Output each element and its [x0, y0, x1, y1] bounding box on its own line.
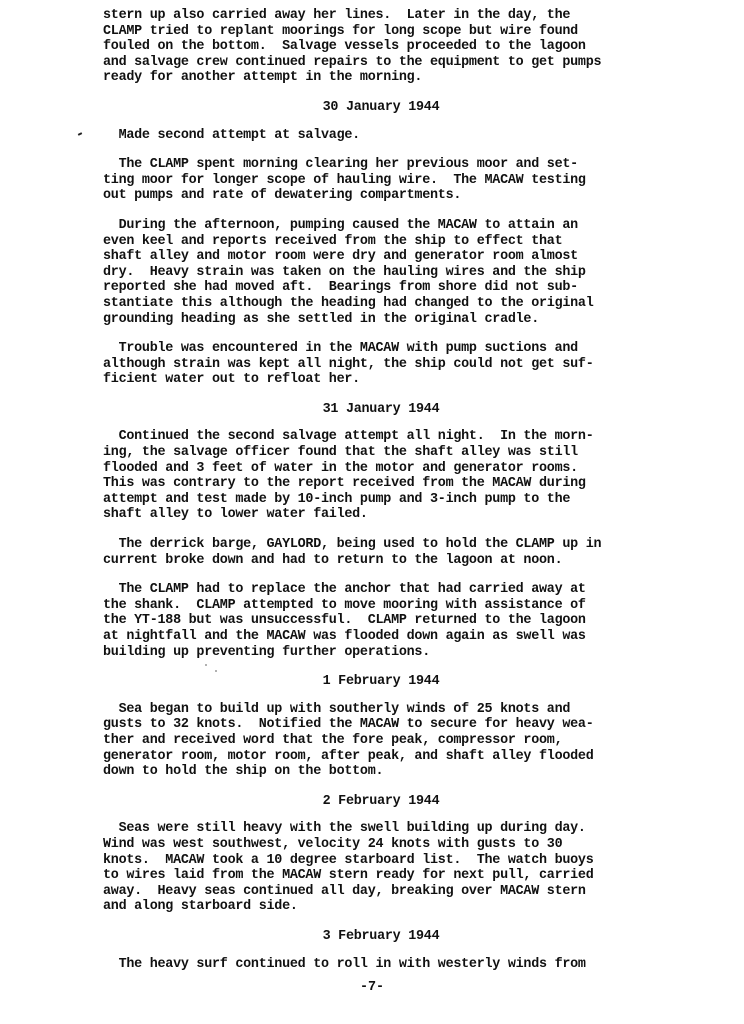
text-line: grounding heading as she settled in the … [103, 312, 659, 328]
paragraph: The heavy surf continued to roll in with… [103, 957, 659, 973]
text-line: knots. MACAW took a 10 degree starboard … [103, 853, 659, 869]
page-number: -7- [0, 980, 744, 995]
text-line: at nightfall and the MACAW was flooded d… [103, 629, 659, 645]
text-line: building up preventing further operation… [103, 645, 659, 661]
paragraph: The CLAMP had to replace the anchor that… [103, 582, 659, 660]
date-heading-text: 31 January 1944 [323, 402, 440, 418]
document-page: stern up also carried away her lines. La… [103, 8, 659, 986]
text-line: ther and received word that the fore pea… [103, 733, 659, 749]
text-line: although strain was kept all night, the … [103, 357, 659, 373]
scan-speck [205, 664, 207, 666]
date-heading: 1 February 1944 [103, 674, 659, 690]
paragraph: During the afternoon, pumping caused the… [103, 218, 659, 327]
paragraph: The CLAMP spent morning clearing her pre… [103, 157, 659, 204]
paragraph: stern up also carried away her lines. La… [103, 8, 659, 86]
text-line: This was contrary to the report received… [103, 476, 659, 492]
text-line: stantiate this although the heading had … [103, 296, 659, 312]
text-line: During the afternoon, pumping caused the… [103, 218, 659, 234]
text-line: out pumps and rate of dewatering compart… [103, 188, 659, 204]
paragraph: Seas were still heavy with the swell bui… [103, 821, 659, 915]
text-line: shaft alley to lower water failed. [103, 507, 659, 523]
text-line: down to hold the ship on the bottom. [103, 764, 659, 780]
text-line: Seas were still heavy with the swell bui… [103, 821, 659, 837]
date-heading-text: 2 February 1944 [323, 794, 440, 810]
text-line: and salvage crew continued repairs to th… [103, 55, 659, 71]
text-line: The CLAMP had to replace the anchor that… [103, 582, 659, 598]
date-heading: 30 January 1944 [103, 100, 659, 116]
text-line: generator room, motor room, after peak, … [103, 749, 659, 765]
paragraph: Trouble was encountered in the MACAW wit… [103, 341, 659, 388]
date-heading: 3 February 1944 [103, 929, 659, 945]
text-line: fouled on the bottom. Salvage vessels pr… [103, 39, 659, 55]
text-line: CLAMP tried to replant moorings for long… [103, 24, 659, 40]
paragraph: The derrick barge, GAYLORD, being used t… [103, 537, 659, 568]
text-line: dry. Heavy strain was taken on the hauli… [103, 265, 659, 281]
text-line: ing, the salvage officer found that the … [103, 445, 659, 461]
text-line: current broke down and had to return to … [103, 553, 659, 569]
text-line: ting moor for longer scope of hauling wi… [103, 173, 659, 189]
paragraph: Sea began to build up with southerly win… [103, 702, 659, 780]
scan-speck [215, 670, 217, 672]
text-line: The heavy surf continued to roll in with… [103, 957, 659, 973]
text-line: the YT-188 but was unsuccessful. CLAMP r… [103, 613, 659, 629]
text-line: Sea began to build up with southerly win… [103, 702, 659, 718]
text-line: away. Heavy seas continued all day, brea… [103, 884, 659, 900]
text-line: flooded and 3 feet of water in the motor… [103, 461, 659, 477]
margin-mark [78, 132, 82, 136]
text-line: Wind was west southwest, velocity 24 kno… [103, 837, 659, 853]
date-heading-text: 3 February 1944 [323, 929, 440, 945]
text-line: Made second attempt at salvage. [103, 128, 659, 144]
date-heading: 31 January 1944 [103, 402, 659, 418]
text-line: ficient water out to refloat her. [103, 372, 659, 388]
text-line: Trouble was encountered in the MACAW wit… [103, 341, 659, 357]
text-line: the shank. CLAMP attempted to move moori… [103, 598, 659, 614]
text-line: The CLAMP spent morning clearing her pre… [103, 157, 659, 173]
text-line: to wires laid from the MACAW stern ready… [103, 868, 659, 884]
text-line: Continued the second salvage attempt all… [103, 429, 659, 445]
text-line: ready for another attempt in the morning… [103, 70, 659, 86]
paragraph: Made second attempt at salvage. [103, 128, 659, 144]
date-heading-text: 1 February 1944 [323, 674, 440, 690]
text-line: reported she had moved aft. Bearings fro… [103, 280, 659, 296]
text-line: even keel and reports received from the … [103, 234, 659, 250]
text-line: gusts to 32 knots. Notified the MACAW to… [103, 717, 659, 733]
text-line: shaft alley and motor room were dry and … [103, 249, 659, 265]
text-line: The derrick barge, GAYLORD, being used t… [103, 537, 659, 553]
paragraph: Continued the second salvage attempt all… [103, 429, 659, 523]
text-line: attempt and test made by 10-inch pump an… [103, 492, 659, 508]
date-heading: 2 February 1944 [103, 794, 659, 810]
text-line: stern up also carried away her lines. La… [103, 8, 659, 24]
date-heading-text: 30 January 1944 [323, 100, 440, 116]
text-line: and along starboard side. [103, 899, 659, 915]
